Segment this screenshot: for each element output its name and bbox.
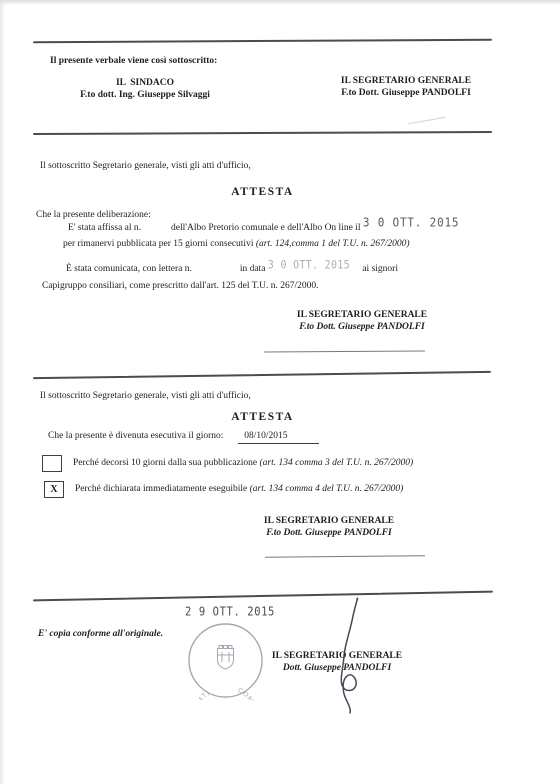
attestation1-heading: ATTESTA	[231, 186, 293, 198]
attestation1-heading-wrap: ATTESTA	[0, 182, 525, 200]
round-stamp-text: COMUNE DI MONTESCAGLIOSO (MT) ·	[192, 686, 258, 700]
signature-line-2	[265, 555, 425, 557]
secretary-title-top: IL SEGRETARIO GENERALE	[320, 75, 492, 87]
footer-date-stamp-wrap: 2 9 OTT. 2015	[185, 603, 275, 621]
secretary-signature-block-top: IL SEGRETARIO GENERALE F.to Dott. Giusep…	[320, 75, 492, 99]
posting-mid: dell'Albo Pretorio comunale e dell'Albo …	[171, 223, 360, 233]
secretary-name-mid1: F.to Dott. Giuseppe PANDOLFI	[277, 321, 447, 333]
separator-line-4	[33, 591, 493, 602]
mayor-signature-block: IL SINDACO F.to dott. Ing. Giuseppe Silv…	[60, 77, 230, 101]
checkbox-label-immediate-text: Perché dichiarata immediatamente eseguib…	[75, 484, 250, 494]
checkbox-label-publication: Perché decorsi 10 giorni dalla sua pubbl…	[73, 455, 413, 469]
checkbox-label-publication-citation: (art. 134 comma 3 del T.U. n. 267/2000)	[260, 458, 414, 468]
attestation1-opening: Il sottoscritto Segretario generale, vis…	[40, 160, 251, 172]
checkbox-row-publication: Perché decorsi 10 giorni dalla sua pubbl…	[42, 455, 413, 472]
posting-line2-normal: per rimanervi pubblicata per 15 giorni c…	[63, 239, 256, 249]
attestation2-heading: ATTESTA	[231, 411, 293, 423]
executive-line: Che la presente è divenuta esecutiva il …	[48, 430, 319, 442]
signature-line-1	[264, 350, 425, 352]
secretary-name-mid2: F.to Dott. Giuseppe PANDOLFI	[244, 527, 414, 539]
communication-pre: È stata comunicata, con lettera n.	[66, 264, 192, 274]
mayor-name: F.to dott. Ing. Giuseppe Silvaggi	[60, 89, 230, 101]
attestation2-opening: Il sottoscritto Segretario generale, vis…	[40, 390, 251, 402]
separator-line-top	[33, 39, 492, 43]
document-page: Il presente verbale viene così sottoscri…	[0, 0, 560, 784]
posting-line-1: E' stata affissa al n.dell'Albo Pretorio…	[68, 221, 459, 234]
date-stamp-communicated: 3 0 OTT. 2015	[268, 259, 350, 273]
communication-line-1: È stata comunicata, con lettera n.in dat…	[66, 263, 398, 275]
separator-line-3	[33, 371, 491, 379]
pen-signature-graphic	[328, 592, 372, 716]
mayor-title: IL SINDACO	[60, 77, 230, 89]
checkbox-unchecked	[42, 455, 62, 472]
svg-text:COMUNE DI MONTESCAGLIOSO (MT): COMUNE DI MONTESCAGLIOSO (MT) ·	[192, 686, 258, 700]
secretary-signature-block-mid1: IL SEGRETARIO GENERALE F.to Dott. Giusep…	[277, 309, 447, 333]
attestation1-subject: Che la presente deliberazione:	[36, 209, 151, 221]
separator-line-2	[33, 131, 492, 135]
intro-line: Il presente verbale viene così sottoscri…	[50, 55, 217, 67]
attestation2-heading-wrap: ATTESTA	[0, 407, 525, 425]
pen-signature	[328, 592, 372, 716]
communication-post: ai signori	[362, 264, 398, 274]
checkbox-label-immediate-citation: (art. 134 comma 4 del T.U. n. 267/2000)	[250, 484, 404, 494]
secretary-title-mid1: IL SEGRETARIO GENERALE	[277, 309, 447, 321]
copy-conformity-note: E' copia conforme all'originale.	[38, 628, 163, 640]
checkbox-label-immediate: Perché dichiarata immediatamente eseguib…	[75, 481, 403, 495]
date-stamp-footer: 2 9 OTT. 2015	[185, 605, 275, 619]
posting-line-2: per rimanervi pubblicata per 15 giorni c…	[63, 238, 410, 250]
communication-mid: in data	[240, 264, 266, 274]
secretary-name-top: F.to Dott. Giuseppe PANDOLFI	[320, 87, 492, 99]
executive-date: 08/10/2015	[238, 431, 319, 444]
posting-line2-citation: (art. 124,comma 1 del T.U. n. 267/2000)	[256, 239, 410, 249]
checkbox-label-publication-text: Perché decorsi 10 giorni dalla sua pubbl…	[73, 458, 260, 468]
checkbox-checked-x-mark: X	[44, 481, 64, 498]
secretary-signature-block-mid2: IL SEGRETARIO GENERALE F.to Dott. Giusep…	[244, 515, 414, 539]
posting-pre: E' stata affissa al n.	[68, 223, 141, 233]
scan-smudge	[408, 117, 446, 125]
communication-line-2: Capigruppo consiliari, come prescritto d…	[42, 280, 319, 292]
coat-of-arms-icon	[218, 646, 234, 670]
date-stamp-posted: 3 0 OTT. 2015	[363, 216, 460, 230]
executive-label: Che la presente è divenuta esecutiva il …	[48, 431, 223, 441]
checkbox-row-immediate: X Perché dichiarata immediatamente esegu…	[44, 481, 403, 498]
secretary-title-mid2: IL SEGRETARIO GENERALE	[244, 515, 414, 527]
